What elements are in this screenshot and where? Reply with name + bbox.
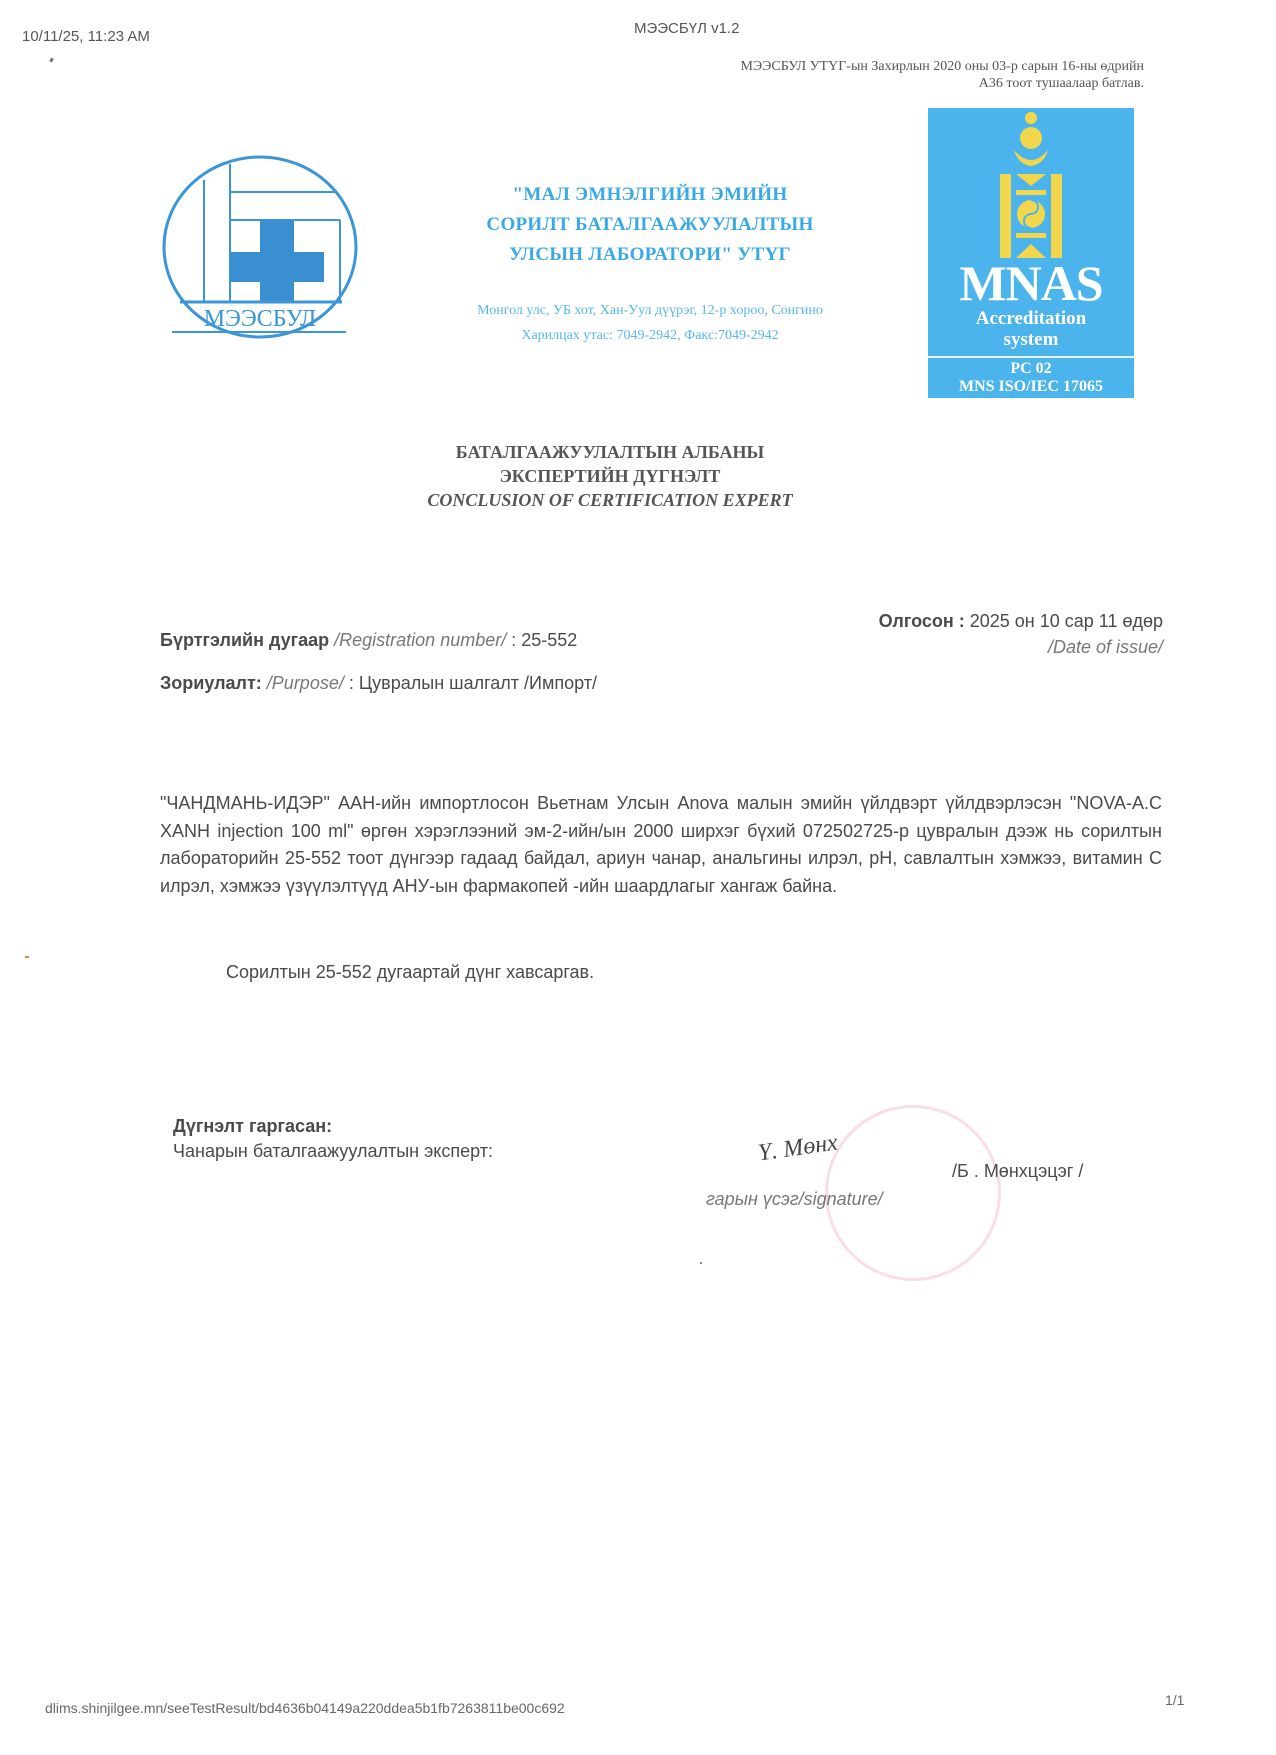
scan-mark [49, 58, 54, 63]
organization-contact: Монгол улс, УБ хот, Хан-Уул дүүрэг, 12-р… [400, 298, 900, 348]
registration-separator: : [506, 630, 521, 650]
title-line-english: CONCLUSION OF CERTIFICATION EXPERT [330, 488, 890, 512]
mnas-divider [928, 356, 1134, 358]
org-address: Монгол улс, УБ хот, Хан-Уул дүүрэг, 12-р… [400, 298, 900, 323]
attachment-note: Сорилтын 25-552 дугаартай дүнг хавсаргав… [226, 962, 594, 983]
print-datetime: 10/11/25, 11:23 AM [22, 28, 150, 45]
mnas-accreditation-badge: MNAS Accreditation system PC 02 MNS ISO/… [928, 108, 1134, 398]
registration-number: Бүртгэлийн дугаар /Registration number/ … [160, 630, 577, 651]
signature-caption: гарын үсэг/signature/ [706, 1189, 883, 1210]
soyombo-emblem-icon [986, 108, 1076, 268]
title-line-1: БАТАЛГААЖУУЛАЛТЫН АЛБАНЫ [330, 440, 890, 464]
organization-name: "МАЛ ЭМНЭЛГИЙН ЭМИЙН СОРИЛТ БАТАЛГААЖУУЛ… [420, 180, 880, 270]
mnas-subtitle-line-1: Accreditation [928, 308, 1134, 329]
approval-line-2: А36 тоот тушаалаар батлав. [740, 75, 1144, 92]
title-line-2: ЭКСПЕРТИЙН ДҮГНЭЛТ [330, 464, 890, 488]
handwritten-signature: Ү. Мөнх [757, 1130, 840, 1168]
purpose-label: Зориулалт: [160, 673, 262, 693]
mnas-subtitle: Accreditation system [928, 308, 1134, 350]
registration-value: 25-552 [521, 630, 577, 650]
date-of-issue: Олгосон : 2025 он 10 сар 11 өдөр /Date o… [879, 608, 1163, 660]
purpose: Зориулалт: /Purpose/ : Цувралын шалгалт … [160, 673, 597, 694]
scan-mark [25, 956, 29, 958]
registration-label: Бүртгэлийн дугаар [160, 630, 329, 650]
org-name-line-2: СОРИЛТ БАТАЛГААЖУУЛАЛТЫН [420, 210, 880, 240]
purpose-value: Цувралын шалгалт /Импорт/ [359, 673, 597, 693]
mnas-title: MNAS [928, 258, 1134, 308]
mnas-subtitle-line-2: system [928, 329, 1134, 350]
org-phone-fax: Харилцах утас: 7049-2942, Факс:7049-2942 [400, 323, 900, 348]
signoff-heading: Дүгнэлт гаргасан: [173, 1116, 332, 1137]
approval-line-1: МЭЭСБУЛ УТҮГ-ын Захирлын 2020 оны 03-р с… [740, 58, 1144, 75]
approval-note: МЭЭСБУЛ УТҮГ-ын Захирлын 2020 оны 03-р с… [740, 58, 1144, 92]
purpose-separator: : [344, 673, 359, 693]
org-name-line-3: УЛСЫН ЛАБОРАТОРИ" УТҮГ [420, 240, 880, 270]
issued-label: Олгосон : [879, 611, 965, 631]
mnas-certification: PC 02 MNS ISO/IEC 17065 [928, 360, 1134, 396]
issued-label-en: /Date of issue/ [879, 634, 1163, 660]
purpose-label-en: /Purpose/ [262, 673, 344, 693]
mnas-standard: MNS ISO/IEC 17065 [928, 378, 1134, 396]
document-title: БАТАЛГААЖУУЛАЛТЫН АЛБАНЫ ЭКСПЕРТИЙН ДҮГН… [330, 440, 890, 512]
conclusion-paragraph: "ЧАНДМАНЬ-ИДЭР" ААН-ийн импортлосон Вьет… [160, 790, 1162, 900]
org-name-line-1: "МАЛ ЭМНЭЛГИЙН ЭМИЙН [420, 180, 880, 210]
meesbul-logo-icon: МЭЭСБУЛ [160, 152, 360, 342]
footer-url: dlims.shinjilgee.mn/seeTestResult/bd4636… [45, 1700, 565, 1716]
organization-logo: МЭЭСБУЛ [160, 152, 360, 342]
signoff-role: Чанарын баталгаажуулалтын эксперт: [173, 1141, 493, 1162]
issued-value: 2025 он 10 сар 11 өдөр [965, 611, 1163, 631]
print-doc-title: МЭЭСБҮЛ v1.2 [634, 20, 739, 37]
scan-mark [700, 1262, 702, 1264]
registration-label-en: /Registration number/ [334, 630, 506, 650]
signer-name: /Б . Мөнхцэцэг / [952, 1161, 1083, 1182]
svg-text:МЭЭСБУЛ: МЭЭСБУЛ [204, 306, 317, 332]
page-number: 1/1 [1165, 1692, 1184, 1708]
mnas-code: PC 02 [928, 360, 1134, 378]
